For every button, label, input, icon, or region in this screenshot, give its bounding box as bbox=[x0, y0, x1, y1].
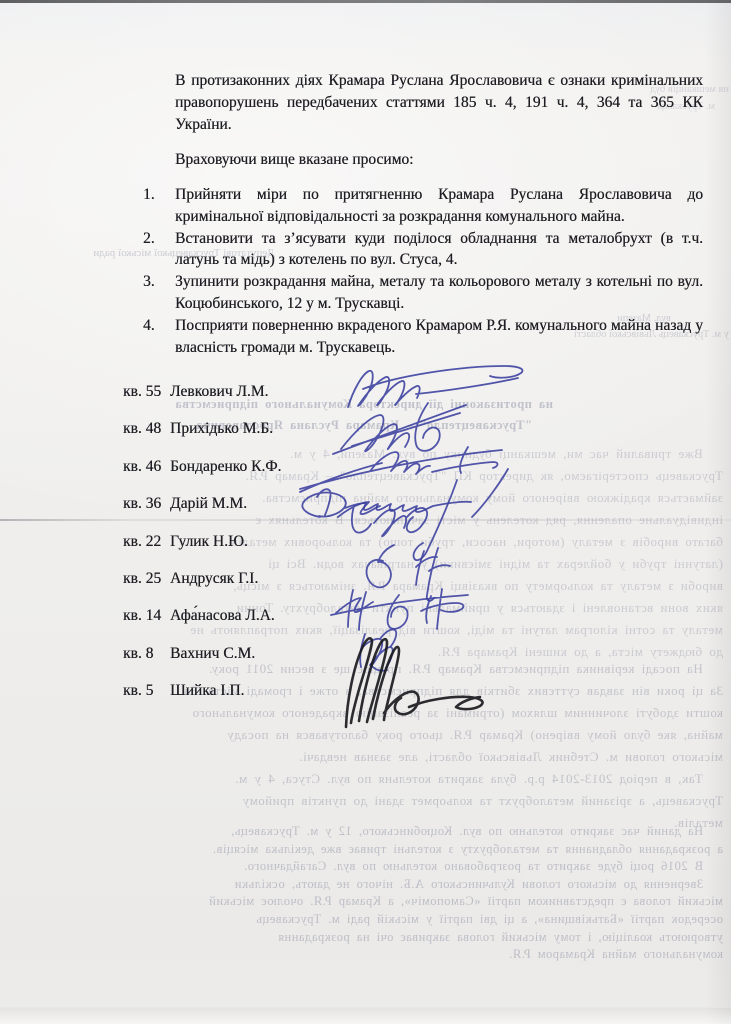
request-number: 4. bbox=[143, 315, 175, 359]
bleedthrough-line: Трускавець, а зрізаний металобрухт та ко… bbox=[55, 790, 723, 812]
intro-paragraph: В протизаконних діях Крамара Руслана Яро… bbox=[175, 70, 703, 135]
scan-right-shade bbox=[705, 0, 731, 1024]
paper-crease bbox=[0, 519, 731, 521]
bleedthrough-line: Так, в період 2013-2014 р.р. була закрит… bbox=[55, 768, 723, 790]
signatory-name: Прихідько М.Б. bbox=[170, 419, 273, 456]
bleedthrough-line: В 2016 році буде закрито та розграбовано… bbox=[55, 858, 723, 876]
request-text: Прийняти міри по притягненню Крамара Рус… bbox=[175, 184, 703, 228]
signature-darii bbox=[302, 469, 508, 517]
signatory-name: Афа́насова Л.А. bbox=[170, 606, 275, 643]
signature-bondarenko bbox=[300, 447, 502, 492]
signature-afanasova bbox=[331, 589, 468, 630]
apartment-label: кв. 14 bbox=[123, 606, 170, 643]
request-number: 2. bbox=[143, 228, 175, 272]
signatory-row: кв. 8Вахнич С.М. bbox=[123, 644, 281, 681]
apartment-label: кв. 25 bbox=[123, 569, 170, 606]
bleedthrough-line: комунального майна Крамаром Р.Я. bbox=[55, 946, 723, 964]
apartment-label: кв. 8 bbox=[123, 644, 170, 681]
signatory-table: кв. 55Левкович Л.М.кв. 48Прихідько М.Б.к… bbox=[123, 382, 281, 719]
request-item: 2.Встановити та з’ясувати куди поділося … bbox=[143, 228, 703, 272]
signatory-row: кв. 55Левкович Л.М. bbox=[123, 382, 281, 419]
apartment-label: кв. 5 bbox=[123, 681, 170, 718]
signatory-row: кв. 36Дарій М.М. bbox=[123, 494, 281, 531]
signatory-row: кв. 48Прихідько М.Б. bbox=[123, 419, 281, 456]
signatory-row: кв. 5Шийка І.П. bbox=[123, 681, 281, 718]
signatory-name: Левкович Л.М. bbox=[170, 382, 268, 419]
apartment-label: кв. 55 bbox=[123, 382, 170, 419]
signatory-row: кв. 14Афа́насова Л.А. bbox=[123, 606, 281, 643]
signatory-name: Андрусяк Г.І. bbox=[170, 569, 258, 606]
request-text: Встановити та з’ясувати куди поділося об… bbox=[175, 228, 703, 272]
bleedthrough-line: майна, яке було йому ввірено) Крамар Р.Я… bbox=[55, 724, 723, 746]
apartment-label: кв. 48 bbox=[123, 419, 170, 456]
apartment-label: кв. 36 bbox=[123, 494, 170, 531]
signatory-name: Вахнич С.М. bbox=[170, 644, 255, 681]
signatory-row: кв. 46Бондаренко К.Ф. bbox=[123, 457, 281, 494]
signatory-name: Дарій М.М. bbox=[170, 494, 247, 531]
signatory-row: кв. 25Андрусяк Г.І. bbox=[123, 569, 281, 606]
request-text: Зупинити розкрадання майна, металу та ко… bbox=[175, 271, 703, 315]
bleedthrough-line: осередок партії «Батьківщина», а ці дві … bbox=[55, 911, 723, 929]
bleedthrough-line: міський голова є представником партії «С… bbox=[55, 893, 723, 911]
request-lead: Враховуючи вище вказане просимо: bbox=[175, 149, 413, 171]
request-list: 1.Прийняти міри по притягненню Крамара Р… bbox=[143, 184, 703, 358]
signatory-name: Бондаренко К.Ф. bbox=[170, 457, 281, 494]
signature-prykhidko bbox=[333, 403, 466, 454]
apartment-label: кв. 22 bbox=[123, 532, 170, 569]
bleedthrough-line: На даний час закрито котельню по вул. Ко… bbox=[55, 823, 723, 841]
bleedthrough-line: утворюють коаліцію, і тому міський голов… bbox=[55, 929, 723, 947]
signatory-name: Гулик Н.Ю. bbox=[170, 532, 248, 569]
bleedthrough-line: металів. bbox=[55, 812, 723, 834]
scan-top-edge bbox=[0, 0, 731, 3]
request-item: 3.Зупинити розкрадання майна, металу та … bbox=[143, 271, 703, 315]
request-text: Посприяти поверненню вкраденого Крамаром… bbox=[175, 315, 703, 359]
signature-andrusiak bbox=[367, 545, 450, 601]
apartment-label: кв. 46 bbox=[123, 457, 170, 494]
signatory-name: Шийка І.П. bbox=[170, 681, 244, 718]
scanned-page: ня мешканців будм. ТрускавцяДепутатові Т… bbox=[0, 0, 731, 1024]
request-item: 1.Прийняти міри по притягненню Крамара Р… bbox=[143, 184, 703, 228]
request-number: 3. bbox=[143, 271, 175, 315]
signature-vakhnych bbox=[360, 629, 396, 670]
request-item: 4.Посприяти поверненню вкраденого Крамар… bbox=[143, 315, 703, 359]
scan-bottom-edge bbox=[0, 1007, 731, 1024]
bleedthrough-line: Звернення до міського голови Кульчинсько… bbox=[55, 876, 723, 894]
signatory-row: кв. 22Гулик Н.Ю. bbox=[123, 532, 281, 569]
bleedthrough-line: міського голови м. Стебник Львівської об… bbox=[55, 746, 723, 768]
request-number: 1. bbox=[143, 184, 175, 228]
signature-levkovych bbox=[348, 366, 523, 407]
signature-shyika bbox=[346, 638, 483, 727]
bleedthrough-paragraph: На даний час закрито котельню по вул. Ко… bbox=[55, 823, 723, 964]
bleedthrough-line: а розкрадання обладнання та металобрухту… bbox=[55, 841, 723, 859]
